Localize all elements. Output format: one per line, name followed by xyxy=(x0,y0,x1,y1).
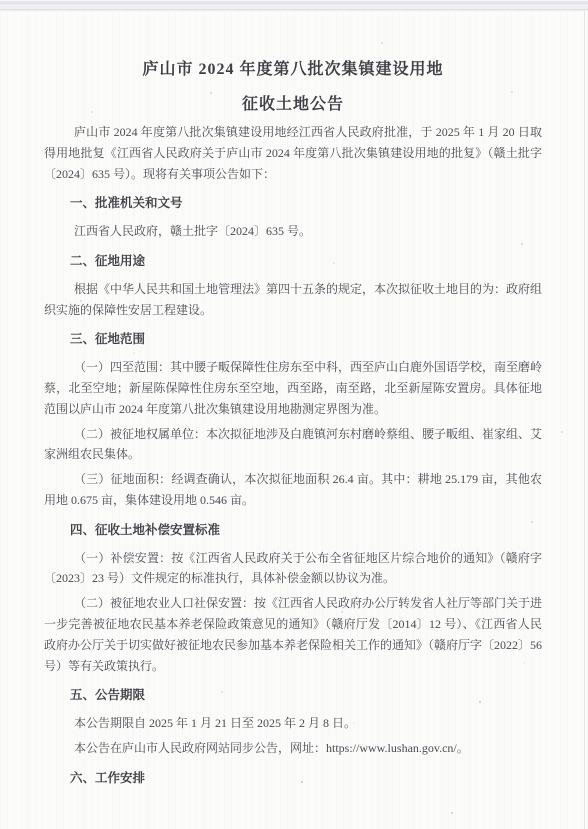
section-heading: 一、批准机关和文号 xyxy=(44,193,542,214)
document-title: 庐山市 2024 年度第八批次集镇建设用地 征收土地公告 xyxy=(44,52,542,122)
section-paragraph: （二）被征地权属单位：本次拟征地涉及白鹿镇河东村磨岭蔡组、腰子畈组、崔家组、艾家… xyxy=(44,424,542,466)
section-heading: 三、征地范围 xyxy=(44,329,542,350)
section-paragraph: （二）被征地农业人口社保安置：按《江西省人民政府办公厅转发省人社厅等部门关于进一… xyxy=(44,593,542,676)
section: 六、工作安排 xyxy=(44,768,542,789)
scan-top-edge xyxy=(0,0,588,11)
section: 四、征收土地补偿安置标准 （一）补偿安置：按《江西省人民政府关于公布全省征地区片… xyxy=(44,520,542,677)
section-heading: 五、公告期限 xyxy=(44,685,542,706)
section: 五、公告期限 本公告期限自 2025 年 1 月 21 日至 2025 年 2 … xyxy=(44,685,542,758)
section: 二、征地用途 根据《中华人民共和国土地管理法》第四十五条的规定，本次拟征收土地目… xyxy=(44,251,542,320)
section-paragraphs: （一）四至范围：其中腰子畈保障性住房东至中科，西至庐山白鹿外国语学校，南至磨岭蔡… xyxy=(44,357,542,511)
scan-right-edge xyxy=(584,11,585,829)
document-title-line1: 庐山市 2024 年度第八批次集镇建设用地 xyxy=(44,52,542,87)
section-heading: 六、工作安排 xyxy=(44,768,542,789)
section-paragraph: 根据《中华人民共和国土地管理法》第四十五条的规定，本次拟征收土地目的为：政府组织… xyxy=(44,279,542,321)
section-paragraph: 本公告期限自 2025 年 1 月 21 日至 2025 年 2 月 8 日。 xyxy=(44,713,542,734)
section-paragraph: 本公告在庐山市人民政府网站同步公告，网址：https://www.lushan.… xyxy=(44,738,542,759)
document-content: 庐山市 2024 年度第八批次集镇建设用地 征收土地公告 庐山市 2024 年度… xyxy=(44,52,542,796)
section-paragraph: （一）四至范围：其中腰子畈保障性住房东至中科，西至庐山白鹿外国语学校，南至磨岭蔡… xyxy=(44,357,542,419)
section-paragraph: （三）征地面积：经调查确认，本次拟征地面积 26.4 亩。其中：耕地 25.17… xyxy=(44,469,542,511)
section: 三、征地范围 （一）四至范围：其中腰子畈保障性住房东至中科，西至庐山白鹿外国语学… xyxy=(44,329,542,510)
section-paragraph: 江西省人民政府，赣土批字〔2024〕635 号。 xyxy=(44,221,542,242)
section-paragraphs: 本公告期限自 2025 年 1 月 21 日至 2025 年 2 月 8 日。本… xyxy=(44,713,542,759)
section-paragraph: （一）补偿安置：按《江西省人民政府关于公布全省征地区片综合地价的通知》（赣府字〔… xyxy=(44,548,542,590)
section-heading: 四、征收土地补偿安置标准 xyxy=(44,520,542,541)
document-title-line2: 征收土地公告 xyxy=(44,87,542,122)
scanned-document-page: 庐山市 2024 年度第八批次集镇建设用地 征收土地公告 庐山市 2024 年度… xyxy=(0,0,588,829)
intro-paragraph: 庐山市 2024 年度第八批次集镇建设用地经江西省人民政府批准，于 2025 年… xyxy=(44,122,542,184)
section-paragraphs: 根据《中华人民共和国土地管理法》第四十五条的规定，本次拟征收土地目的为：政府组织… xyxy=(44,279,542,321)
section: 一、批准机关和文号 江西省人民政府，赣土批字〔2024〕635 号。 xyxy=(44,193,542,242)
section-paragraphs: （一）补偿安置：按《江西省人民政府关于公布全省征地区片综合地价的通知》（赣府字〔… xyxy=(44,548,542,677)
section-paragraphs: 江西省人民政府，赣土批字〔2024〕635 号。 xyxy=(44,221,542,242)
section-heading: 二、征地用途 xyxy=(44,251,542,272)
sections: 一、批准机关和文号 江西省人民政府，赣土批字〔2024〕635 号。 二、征地用… xyxy=(44,193,542,788)
